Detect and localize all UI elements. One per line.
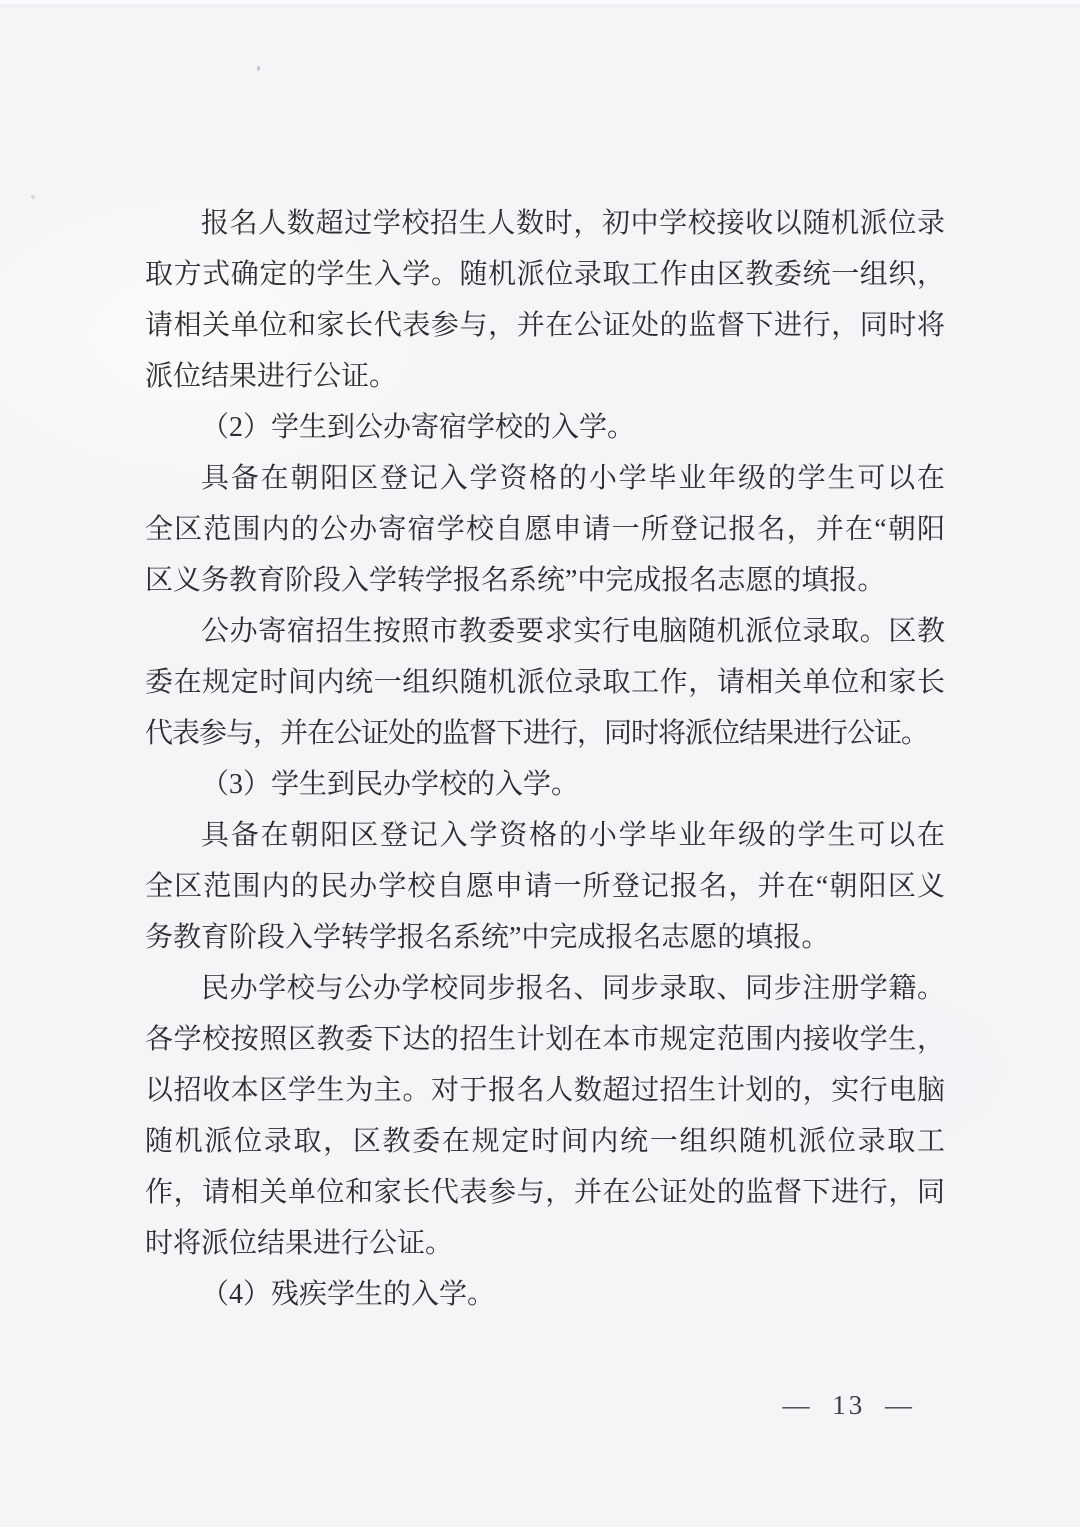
paragraph-heading-item-2: （2）学生到公办寄宿学校的入学。 xyxy=(145,402,945,453)
paragraph-public-boarding-apply: 具备在朝阳区登记入学资格的小学毕业年级的学生可以在 全区范围内的公办寄宿学校自愿… xyxy=(145,453,945,606)
section-item-label: （4）残疾学生的入学。 xyxy=(145,1269,945,1320)
text-line: 报名人数超过学校招生人数时，初中学校接收以随机派位录 xyxy=(145,198,945,249)
text-line: 各学校按照区教委下达的招生计划在本市规定范围内接收学生， xyxy=(145,1014,945,1065)
text-line: 代表参与，并在公证处的监督下进行，同时将派位结果进行公证。 xyxy=(145,708,945,759)
text-line: 全区范围内的民办学校自愿申请一所登记报名，并在“朝阳区义 xyxy=(145,861,945,912)
text-line: 区义务教育阶段入学转学报名系统”中完成报名志愿的填报。 xyxy=(145,555,945,606)
text-line: 具备在朝阳区登记入学资格的小学毕业年级的学生可以在 xyxy=(145,453,945,504)
section-item-label: （2）学生到公办寄宿学校的入学。 xyxy=(145,402,945,453)
scan-speck xyxy=(31,195,35,199)
text-line: 委在规定时间内统一组织随机派位录取工作，请相关单位和家长 xyxy=(145,657,945,708)
text-line: 以招收本区学生为主。对于报名人数超过招生计划的，实行电脑 xyxy=(145,1065,945,1116)
text-line: 全区范围内的公办寄宿学校自愿申请一所登记报名，并在“朝阳 xyxy=(145,504,945,555)
text-line: 作，请相关单位和家长代表参与，并在公证处的监督下进行，同 xyxy=(145,1167,945,1218)
text-line: 具备在朝阳区登记入学资格的小学毕业年级的学生可以在 xyxy=(145,810,945,861)
text-line: 务教育阶段入学转学报名系统”中完成报名志愿的填报。 xyxy=(145,912,945,963)
paragraph-junior-high-lottery: 报名人数超过学校招生人数时，初中学校接收以随机派位录 取方式确定的学生入学。随机… xyxy=(145,198,945,402)
text-line: 公办寄宿招生按照市教委要求实行电脑随机派位录取。区教 xyxy=(145,606,945,657)
text-line: 民办学校与公办学校同步报名、同步录取、同步注册学籍。 xyxy=(145,963,945,1014)
paragraph-heading-item-3: （3）学生到民办学校的入学。 xyxy=(145,759,945,810)
text-line: 请相关单位和家长代表参与，并在公证处的监督下进行，同时将 xyxy=(145,300,945,351)
paragraph-heading-item-4: （4）残疾学生的入学。 xyxy=(145,1269,945,1320)
paragraph-private-school-sync: 民办学校与公办学校同步报名、同步录取、同步注册学籍。 各学校按照区教委下达的招生… xyxy=(145,963,945,1269)
text-line: 时将派位结果进行公证。 xyxy=(145,1218,945,1269)
text-line: 随机派位录取，区教委在规定时间内统一组织随机派位录取工 xyxy=(145,1116,945,1167)
scan-speck xyxy=(257,66,260,71)
text-line: 派位结果进行公证。 xyxy=(145,351,945,402)
document-body: 报名人数超过学校招生人数时，初中学校接收以随机派位录 取方式确定的学生入学。随机… xyxy=(145,198,945,1320)
text-line: 取方式确定的学生入学。随机派位录取工作由区教委统一组织， xyxy=(145,249,945,300)
page-number: — 13 — xyxy=(783,1390,916,1421)
section-item-label: （3）学生到民办学校的入学。 xyxy=(145,759,945,810)
paragraph-private-school-apply: 具备在朝阳区登记入学资格的小学毕业年级的学生可以在 全区范围内的民办学校自愿申请… xyxy=(145,810,945,963)
paragraph-public-boarding-lottery: 公办寄宿招生按照市教委要求实行电脑随机派位录取。区教 委在规定时间内统一组织随机… xyxy=(145,606,945,759)
